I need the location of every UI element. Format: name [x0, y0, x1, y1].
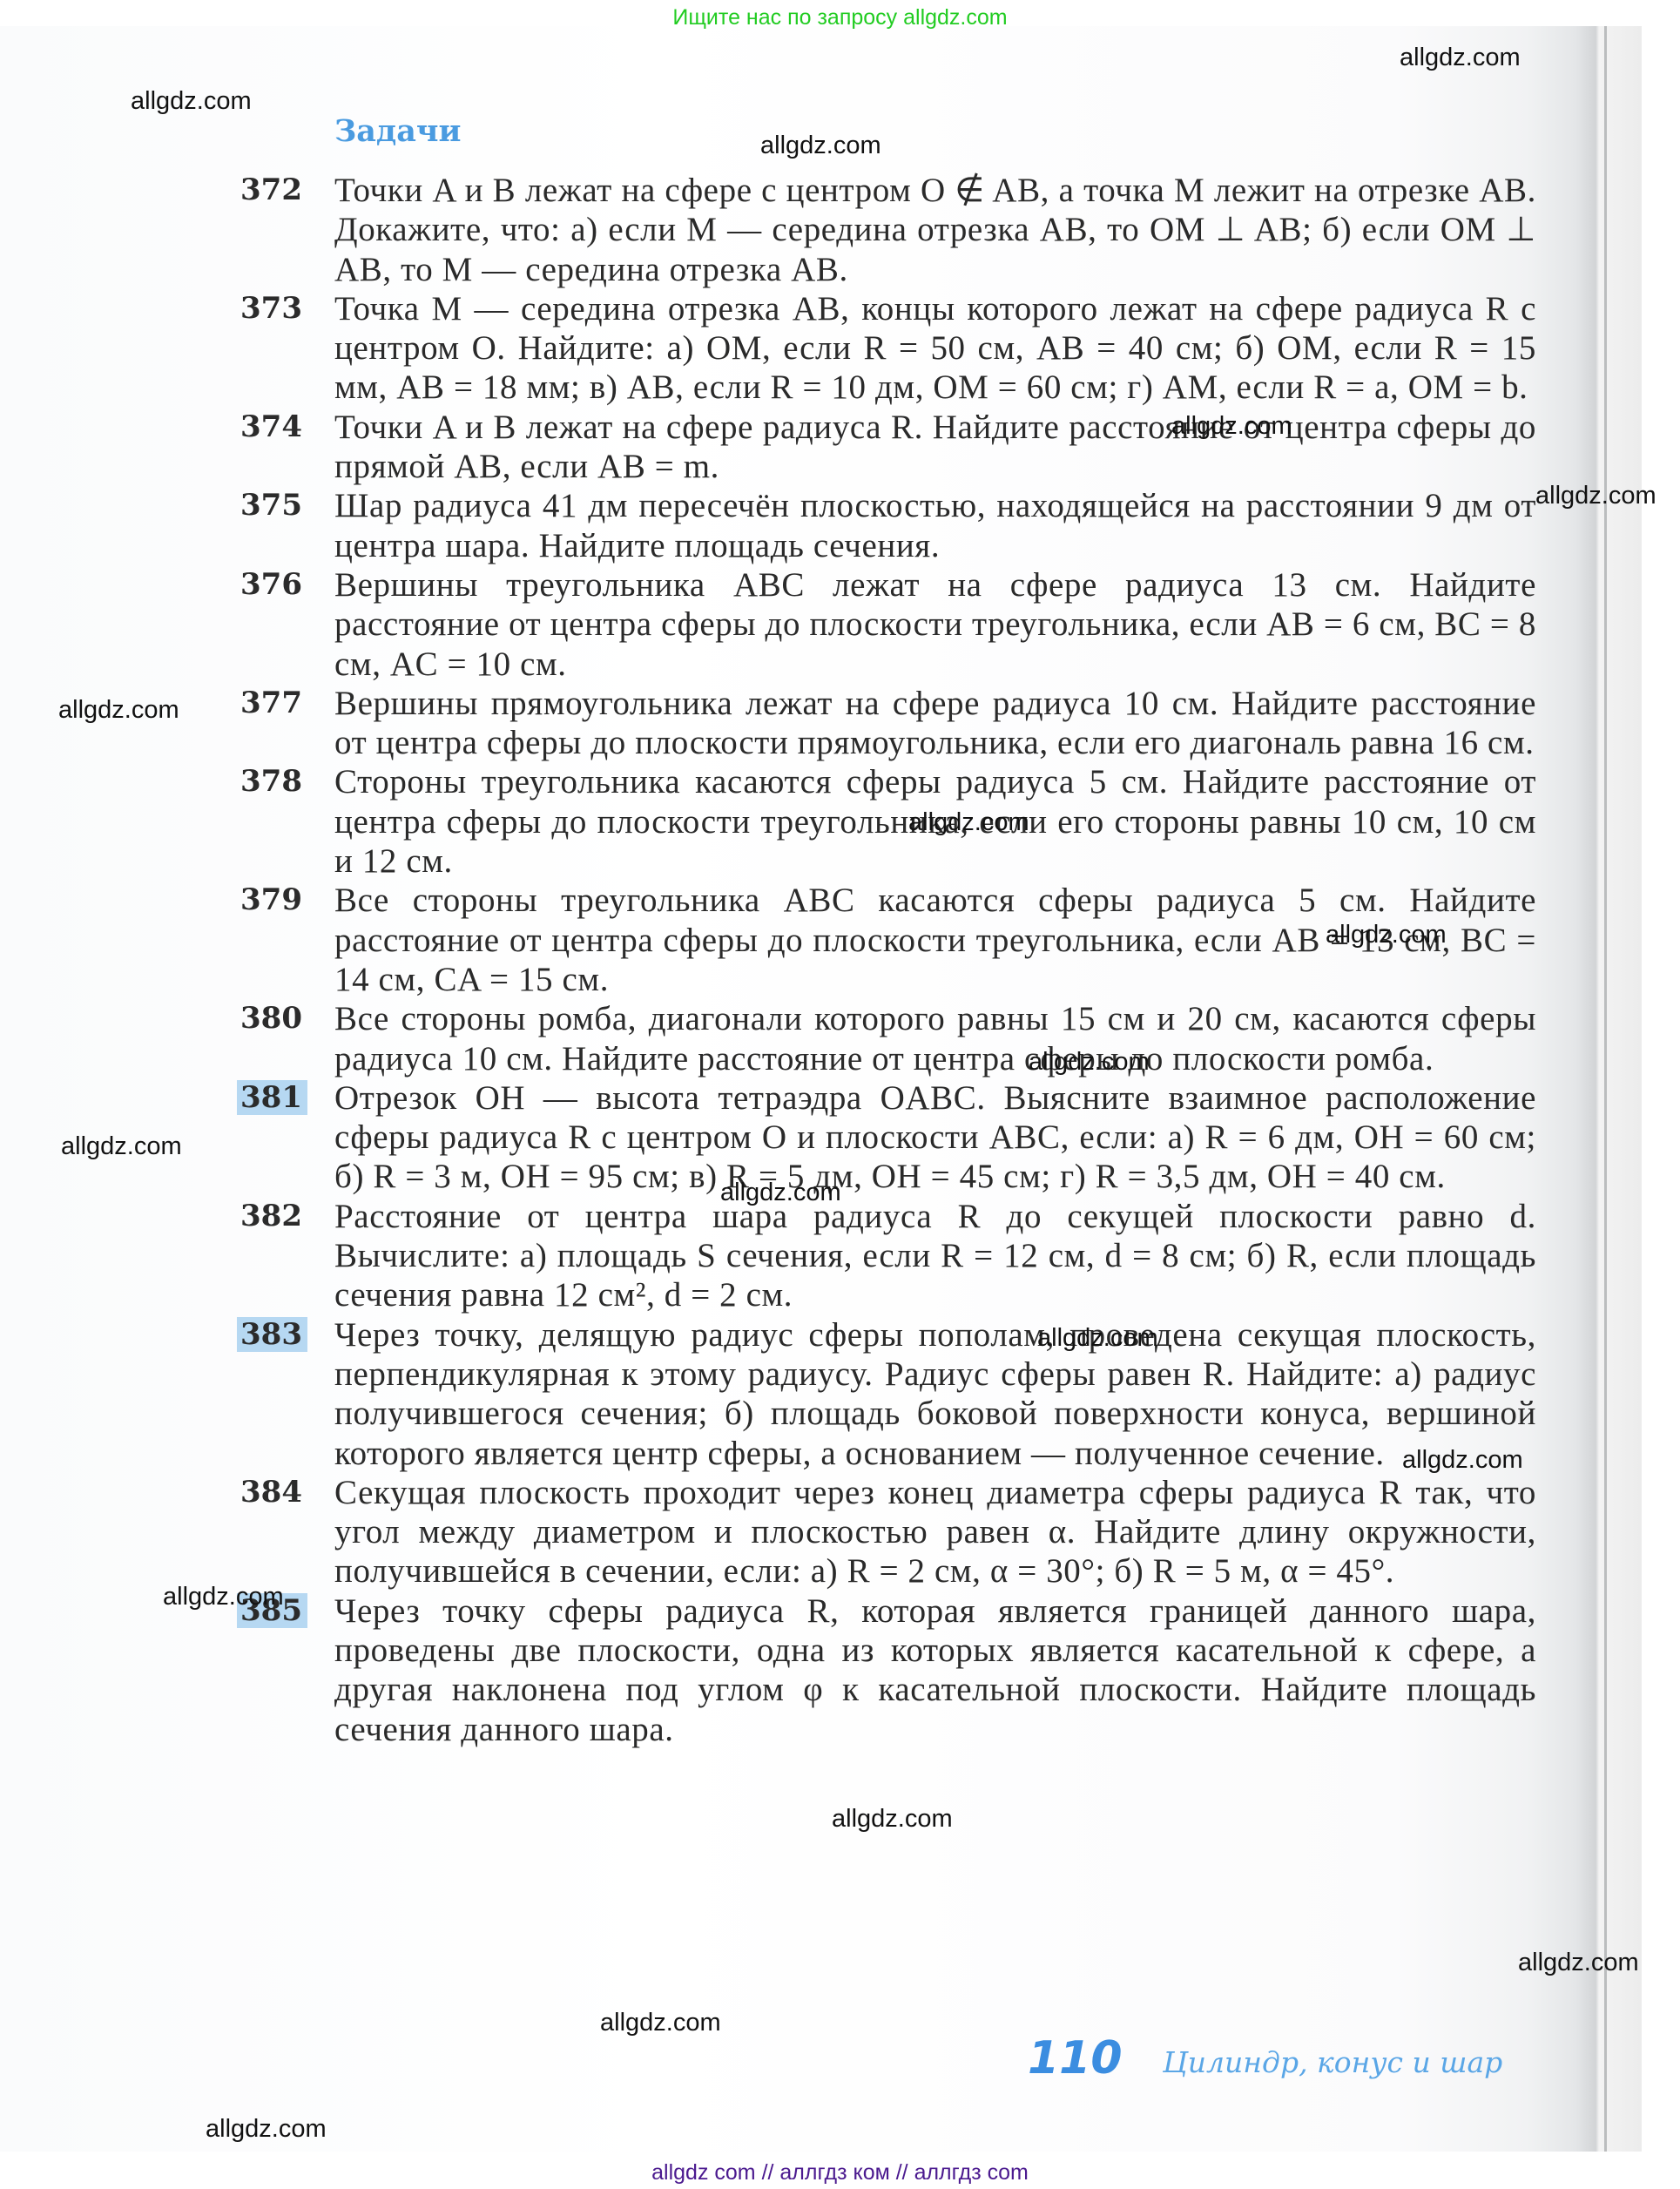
- watermark-text: allgdz.com: [58, 696, 179, 725]
- problem-number-label: 376: [237, 567, 307, 602]
- problem-number: 384: [237, 1473, 334, 1512]
- problem-number: 381: [237, 1078, 334, 1118]
- problem-number: 374: [237, 408, 334, 447]
- problem-number: 376: [237, 565, 334, 605]
- problem-number-label: 375: [237, 488, 307, 523]
- watermark-text: allgdz.com: [1535, 482, 1656, 510]
- problem-item: 377Вершины прямоугольника лежат на сфере…: [237, 684, 1536, 763]
- problem-text: Точки A и B лежат на сфере с центром O ∉…: [334, 171, 1536, 289]
- watermark-text: allgdz.com: [600, 2009, 721, 2037]
- problem-number-highlighted: 381: [237, 1080, 307, 1115]
- problem-item: 383Через точку, делящую радиус сферы поп…: [237, 1315, 1536, 1473]
- watermark-text: allgdz.com: [206, 2115, 327, 2144]
- watermark-text: allgdz.com: [163, 1583, 284, 1611]
- problem-number-label: 382: [237, 1199, 307, 1233]
- problem-item: 384Секущая плоскость проходит через коне…: [237, 1473, 1536, 1591]
- watermark-text: allgdz.com: [131, 87, 252, 116]
- problem-item: 378Стороны треугольника касаются сферы р…: [237, 762, 1536, 881]
- problem-number: 377: [237, 684, 334, 723]
- chapter-title: Цилиндр, конус и шар: [1163, 2045, 1502, 2079]
- problem-item: 376Вершины треугольника ABC лежат на сфе…: [237, 565, 1536, 684]
- problem-list: 372Точки A и B лежат на сфере с центром …: [237, 171, 1536, 1749]
- problem-item: 381Отрезок OH — высота тетраэдра OABC. В…: [237, 1078, 1536, 1197]
- problem-number-label: 374: [237, 409, 307, 444]
- problem-text: Точки A и B лежат на сфере радиуса R. На…: [334, 408, 1536, 487]
- problem-number-highlighted: 383: [237, 1317, 307, 1352]
- watermark-text: allgdz.com: [1171, 412, 1292, 441]
- problem-number: 373: [237, 289, 334, 328]
- top-banner: Ищите нас по запросу allgdz.com: [0, 5, 1680, 30]
- problem-number-label: 378: [237, 764, 307, 799]
- problem-text: Шар радиуса 41 дм пересечён плоскостью, …: [334, 486, 1536, 565]
- problem-item: 373Точка M — середина отрезка AB, концы …: [237, 289, 1536, 408]
- watermark-text: allgdz.com: [720, 1179, 841, 1207]
- watermark-text: allgdz.com: [1402, 1446, 1523, 1475]
- problem-number-label: 373: [237, 291, 307, 326]
- watermark-text: allgdz.com: [1400, 44, 1521, 72]
- problem-item: 382Расстояние от центра шара радиуса R д…: [237, 1197, 1536, 1315]
- watermark-text: allgdz.com: [1326, 921, 1447, 949]
- problem-number-label: 384: [237, 1475, 307, 1510]
- watermark-text: allgdz.com: [1029, 1048, 1150, 1077]
- problem-number: 383: [237, 1315, 334, 1355]
- problem-number-label: 380: [237, 1001, 307, 1036]
- bottom-banner: allgdz com // аллгдз ком // аллгдз com: [0, 2160, 1680, 2186]
- problem-number-label: 377: [237, 686, 307, 720]
- section-title: Задачи: [334, 113, 462, 149]
- problem-item: 375Шар радиуса 41 дм пересечён плоскость…: [237, 486, 1536, 565]
- problem-number: 378: [237, 762, 334, 801]
- problem-text: Все стороны ромба, диагонали которого ра…: [334, 999, 1536, 1078]
- problem-text: Точка M — середина отрезка AB, концы кот…: [334, 289, 1536, 408]
- problem-text: Вершины треугольника ABC лежат на сфере …: [334, 565, 1536, 684]
- problem-text: Отрезок OH — высота тетраэдра OABC. Выяс…: [334, 1078, 1536, 1197]
- problem-number: 379: [237, 881, 334, 920]
- watermark-text: allgdz.com: [832, 1805, 953, 1834]
- watermark-text: allgdz.com: [908, 808, 1029, 837]
- page-number: 110: [1028, 2032, 1123, 2084]
- problem-item: 374Точки A и B лежат на сфере радиуса R.…: [237, 408, 1536, 487]
- problem-text: Секущая плоскость проходит через конец д…: [334, 1473, 1536, 1591]
- problem-text: Расстояние от центра шара радиуса R до с…: [334, 1197, 1536, 1315]
- watermark-text: allgdz.com: [1037, 1324, 1158, 1353]
- problem-number: 375: [237, 486, 334, 525]
- watermark-text: allgdz.com: [760, 132, 881, 160]
- problem-number: 382: [237, 1197, 334, 1236]
- problem-number-label: 372: [237, 172, 307, 207]
- watermark-text: allgdz.com: [61, 1132, 182, 1161]
- page-spine-shadow: [1604, 26, 1607, 2152]
- problem-number: 380: [237, 999, 334, 1038]
- problem-number: 372: [237, 171, 334, 210]
- problem-item: 372Точки A и B лежат на сфере с центром …: [237, 171, 1536, 289]
- problem-item: 380Все стороны ромба, диагонали которого…: [237, 999, 1536, 1078]
- problem-text: Вершины прямоугольника лежат на сфере ра…: [334, 684, 1536, 763]
- watermark-text: allgdz.com: [1518, 1949, 1639, 1977]
- problem-text: Через точку сферы радиуса R, которая явл…: [334, 1591, 1536, 1749]
- problem-number-label: 379: [237, 882, 307, 917]
- problem-item: 385Через точку сферы радиуса R, которая …: [237, 1591, 1536, 1749]
- problem-text: Через точку, делящую радиус сферы попола…: [334, 1315, 1536, 1473]
